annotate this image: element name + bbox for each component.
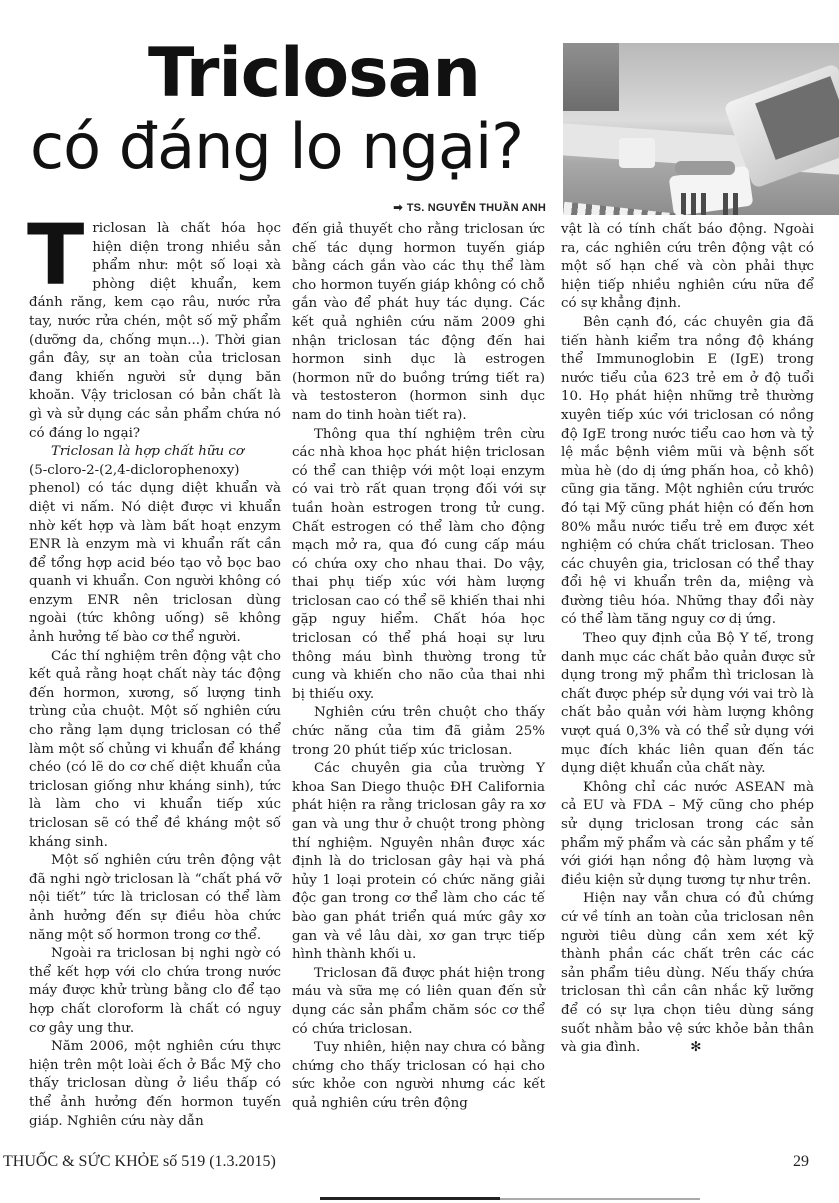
photo-bristle	[723, 193, 728, 215]
paragraph: (5-cloro-2-(2,4-diclorophenoxy) phenol) …	[29, 462, 281, 648]
article-column-1: Triclosan là chất hóa học hiện diện tron…	[29, 220, 281, 1131]
author-name: TS. NGUYỄN THUẦN ANH	[407, 202, 546, 214]
paragraph: Thông qua thí nghiệm trên cừu các nhà kh…	[292, 426, 545, 705]
paragraph: Các thí nghiệm trên động vật cho kết quả…	[29, 648, 281, 853]
paragraph: Bên cạnh đó, các chuyên gia đã tiến hành…	[561, 314, 814, 630]
paragraph: vật là có tính chất báo động. Ngoài ra, …	[561, 221, 814, 314]
photo-bristle	[701, 193, 706, 215]
photo-glass	[563, 43, 619, 111]
article-column-2: đến giả thuyết cho rằng triclosan ức chế…	[292, 221, 545, 1114]
paragraph: Tuy nhiên, hiện nay chưa có bằng chứng c…	[292, 1039, 545, 1113]
paragraph: Các chuyên gia của trường Y khoa San Die…	[292, 760, 545, 965]
end-of-article-icon: ✻	[668, 1039, 701, 1058]
paragraph: Năm 2006, một nghiên cứu thực hiện trên …	[29, 1038, 281, 1131]
paragraph: Triclosan là hợp chất hữu cơ	[29, 443, 281, 462]
photo-handle	[563, 202, 684, 215]
paragraph: đến giả thuyết cho rằng triclosan ức chế…	[292, 221, 545, 426]
bottom-rule-light	[500, 1198, 700, 1200]
article-title: Triclosan	[148, 38, 408, 110]
publication-footer: THUỐC & SỨC KHỎE số 519 (1.3.2015)	[3, 1153, 276, 1171]
page-number: 29	[793, 1153, 809, 1171]
photo-cap	[619, 138, 655, 168]
paragraph: Một số nghiên cứu trên động vật đã nghi …	[29, 852, 281, 945]
photo-bristle	[733, 193, 738, 215]
paragraph: Không chỉ các nước ASEAN mà cả EU và FDA…	[561, 779, 814, 891]
article-subtitle: có đáng lo ngại?	[30, 112, 550, 182]
toothpaste-photo	[563, 43, 839, 215]
paragraph: Theo quy định của Bộ Y tế, trong danh mụ…	[561, 630, 814, 779]
arrow-icon: ➡	[393, 202, 402, 214]
article-column-3: vật là có tính chất báo động. Ngoài ra, …	[561, 221, 814, 1058]
paragraph: Ngoài ra triclosan bị nghi ngờ có thể kế…	[29, 945, 281, 1038]
photo-bristle	[691, 193, 696, 215]
bottom-rule	[320, 1197, 500, 1200]
paragraph: Triclosan đã được phát hiện trong máu và…	[292, 965, 545, 1039]
magazine-page: Triclosan có đáng lo ngại? ➡TS. NGUYỄN T…	[0, 0, 839, 1203]
paragraph: Triclosan là chất hóa học hiện diện tron…	[29, 220, 281, 443]
paragraph: Hiện nay vẫn chưa có đủ chứng cứ về tính…	[561, 890, 814, 1057]
drop-cap: T	[27, 224, 84, 286]
paragraph: Nghiên cứu trên chuột cho thấy chức năng…	[292, 704, 545, 760]
photo-paste	[675, 161, 735, 175]
byline: ➡TS. NGUYỄN THUẦN ANH	[393, 201, 546, 214]
photo-bristle	[681, 193, 686, 215]
